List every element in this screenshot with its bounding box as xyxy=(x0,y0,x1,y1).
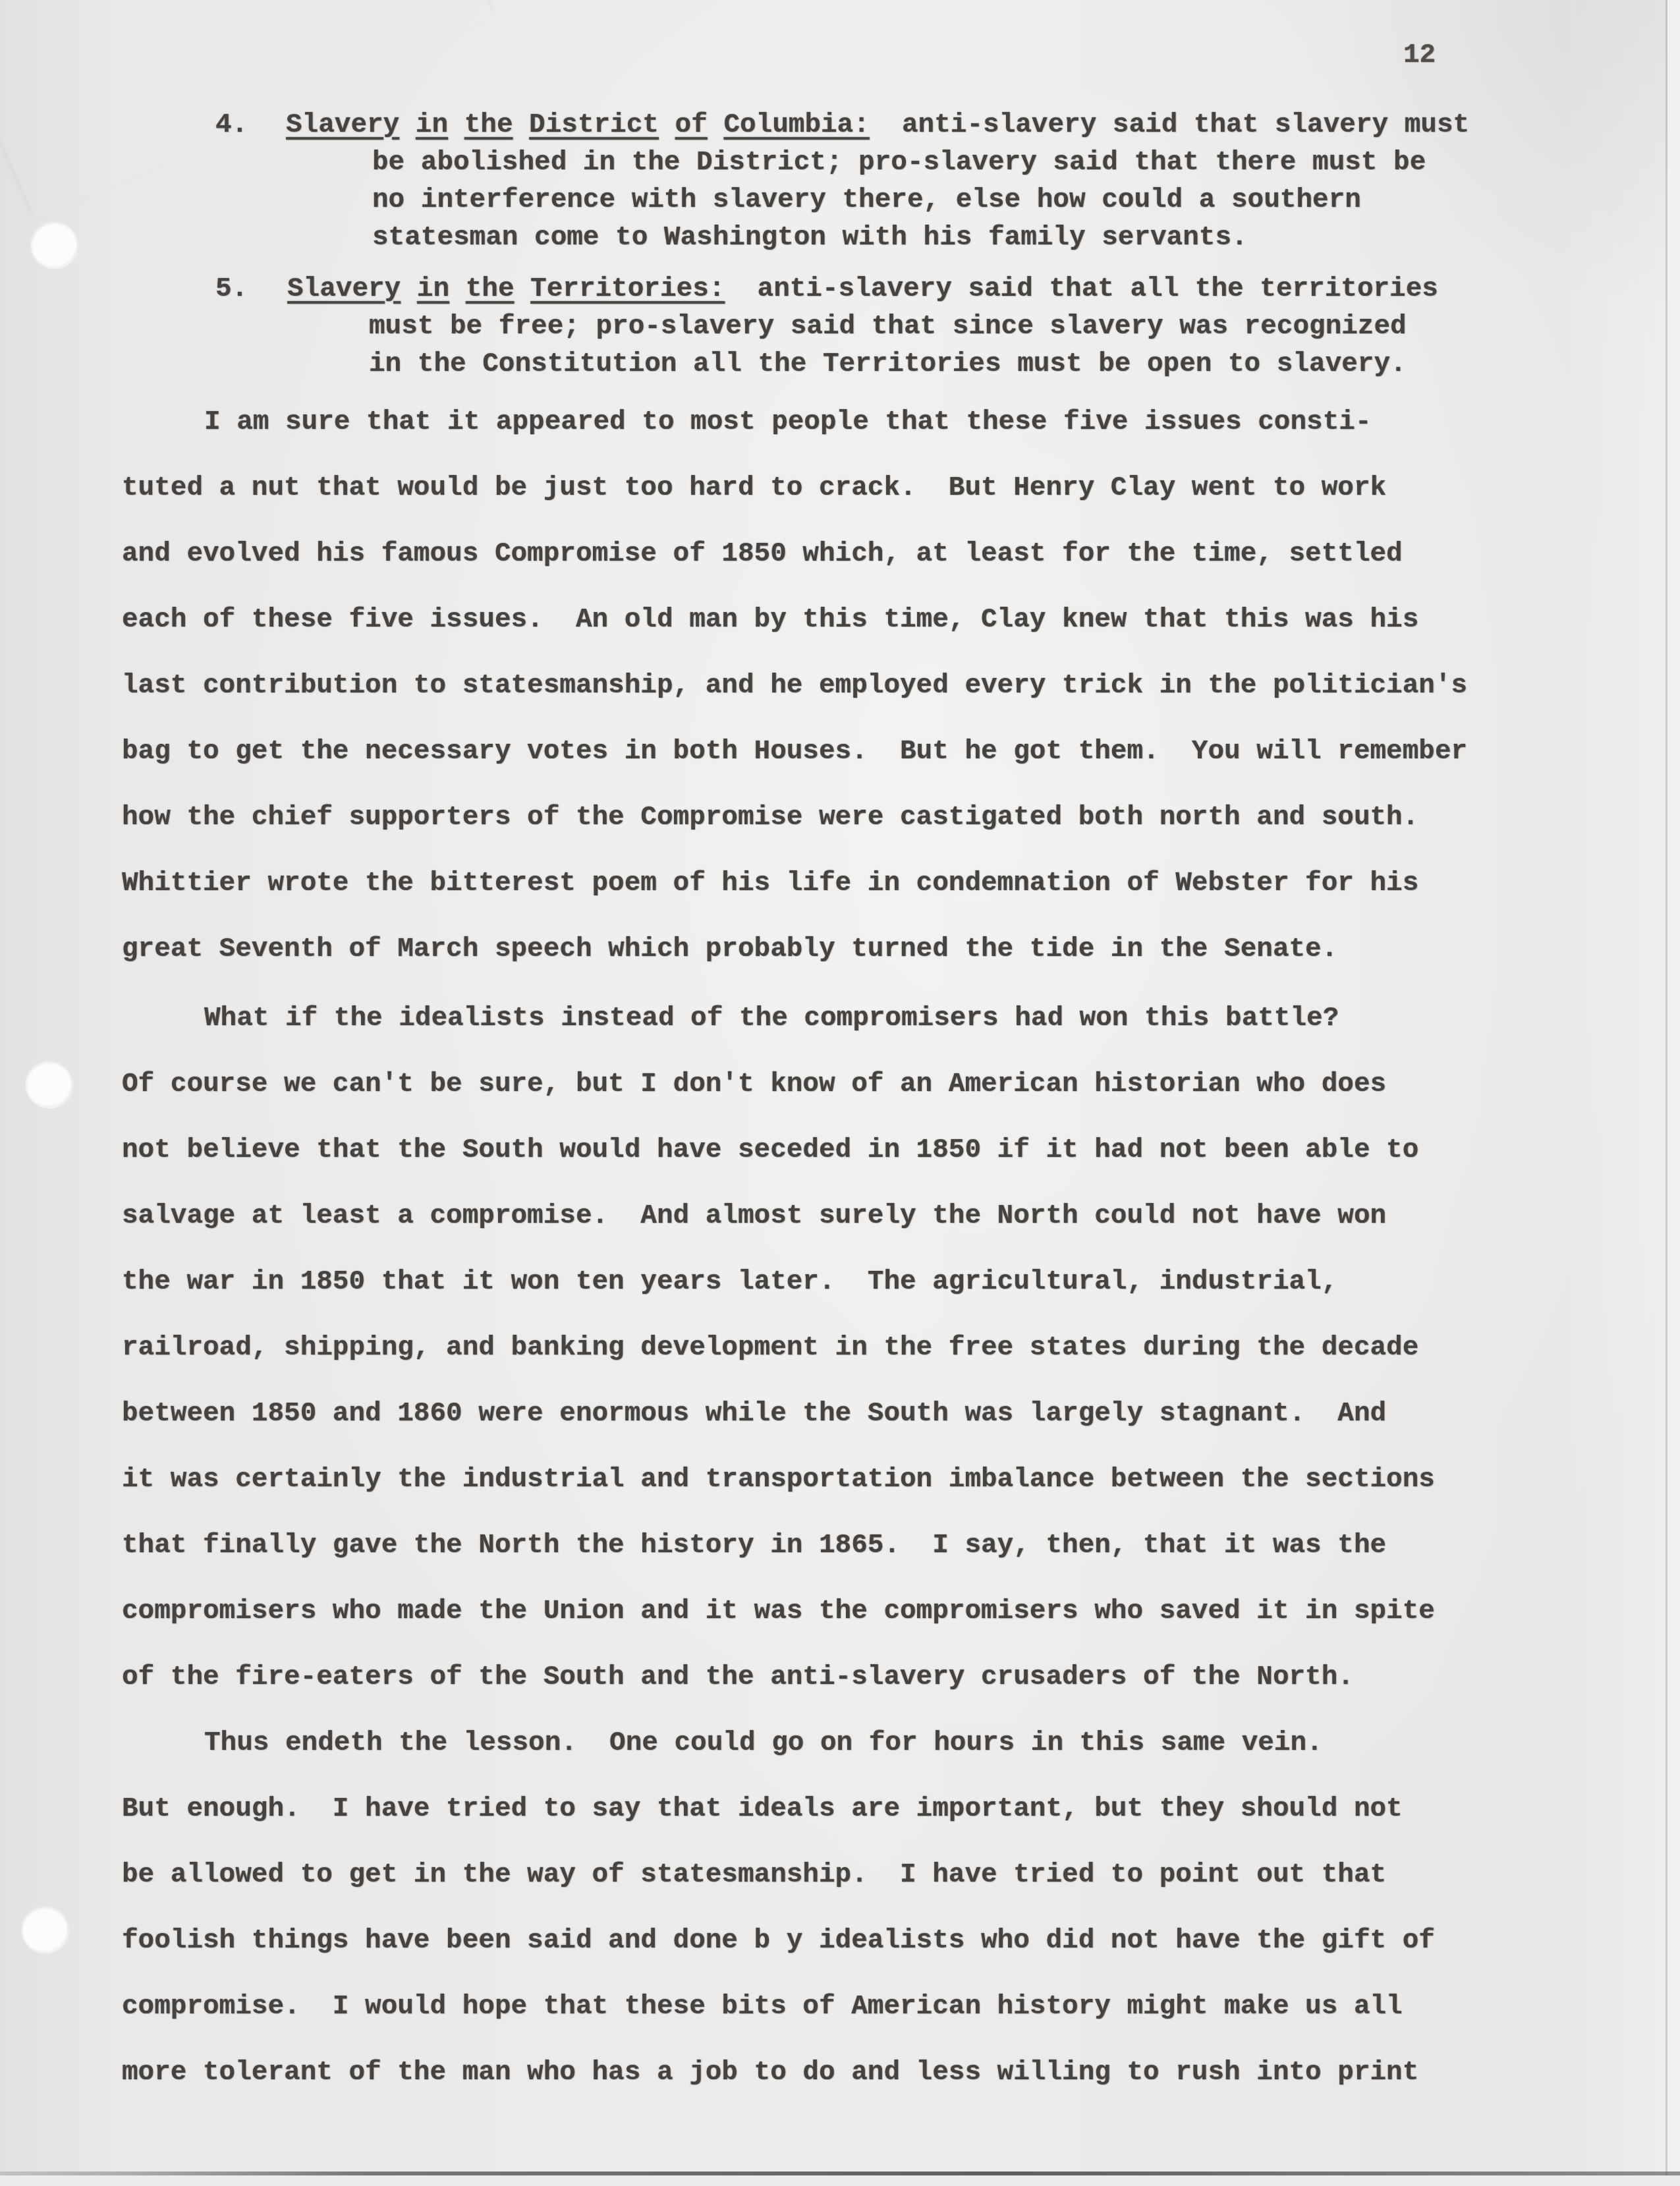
body-line: between 1850 and 1860 were enormous whil… xyxy=(122,1398,1386,1430)
body-line: last contribution to statesmanship, and … xyxy=(122,670,1467,702)
heading-word: Territories: xyxy=(530,274,725,304)
list-item-line: be abolished in the District; pro-slaver… xyxy=(372,147,1426,179)
body-line: What if the idealists instead of the com… xyxy=(204,1003,1339,1034)
body-line: I am sure that it appeared to most peopl… xyxy=(204,406,1372,438)
heading-word: the xyxy=(464,110,513,140)
page-number: 12 xyxy=(1403,40,1436,71)
list-item-number: 4. xyxy=(215,109,248,141)
body-line: But enough. I have tried to say that ide… xyxy=(122,1793,1403,1825)
body-line: more tolerant of the man who has a job t… xyxy=(122,2057,1418,2088)
heading-word: Columbia: xyxy=(723,110,869,140)
body-line: the war in 1850 that it won ten years la… xyxy=(122,1266,1337,1298)
document-page: 12 4. Slavery in the District of Columbi… xyxy=(0,0,1680,2186)
scan-bottom-margin xyxy=(0,2175,1680,2186)
heading-word: of xyxy=(675,110,708,140)
heading-word: District xyxy=(529,110,659,140)
body-line: compromisers who made the Union and it w… xyxy=(122,1596,1435,1627)
list-item-number: 5. xyxy=(215,273,248,305)
heading-word: Slavery xyxy=(287,274,401,304)
body-line: and evolved his famous Compromise of 185… xyxy=(122,538,1403,570)
body-line: Thus endeth the lesson. One could go on … xyxy=(204,1727,1323,1759)
list-item-heading-line: Slavery in the Territories: anti-slavery… xyxy=(287,273,1438,305)
heading-line-rest: anti-slavery said that all the territori… xyxy=(725,274,1438,304)
body-line: foolish things have been said and done b… xyxy=(122,1925,1435,1957)
body-line: each of these five issues. An old man by… xyxy=(122,604,1418,636)
list-item-line: in the Constitution all the Territories … xyxy=(369,349,1407,380)
heading-word: the xyxy=(466,274,515,304)
heading-word: in xyxy=(417,274,449,304)
body-line: be allowed to get in the way of statesma… xyxy=(122,1859,1386,1891)
body-line: railroad, shipping, and banking developm… xyxy=(122,1332,1418,1364)
body-line: it was certainly the industrial and tran… xyxy=(122,1464,1435,1496)
list-item-line: must be free; pro-slavery said that sinc… xyxy=(369,311,1407,343)
body-line: that finally gave the North the history … xyxy=(122,1530,1386,1561)
heading-word: in xyxy=(416,110,448,140)
body-line: of the fire-eaters of the South and the … xyxy=(122,1662,1354,1693)
list-item-line: statesman come to Washington with his fa… xyxy=(372,222,1248,254)
body-line: Of course we can't be sure, but I don't … xyxy=(122,1069,1386,1100)
body-line: great Seventh of March speech which prob… xyxy=(122,934,1337,965)
heading-word: Slavery xyxy=(286,110,399,140)
body-line: compromise. I would hope that these bits… xyxy=(122,1991,1403,2023)
scan-right-margin xyxy=(1667,0,1680,2175)
list-item-heading-line: Slavery in the District of Columbia: ant… xyxy=(286,109,1469,141)
body-line: bag to get the necessary votes in both H… xyxy=(122,736,1467,768)
body-line: tuted a nut that would be just too hard … xyxy=(122,472,1386,504)
body-line: Whittier wrote the bitterest poem of his… xyxy=(122,868,1418,899)
body-line: salvage at least a compromise. And almos… xyxy=(122,1200,1386,1232)
typewritten-text: 12 4. Slavery in the District of Columbi… xyxy=(0,0,1680,2175)
heading-line-rest: anti-slavery said that slavery must xyxy=(870,110,1469,140)
list-item-line: no interference with slavery there, else… xyxy=(372,184,1361,216)
body-line: how the chief supporters of the Compromi… xyxy=(122,802,1418,833)
body-line: not believe that the South would have se… xyxy=(122,1135,1418,1166)
